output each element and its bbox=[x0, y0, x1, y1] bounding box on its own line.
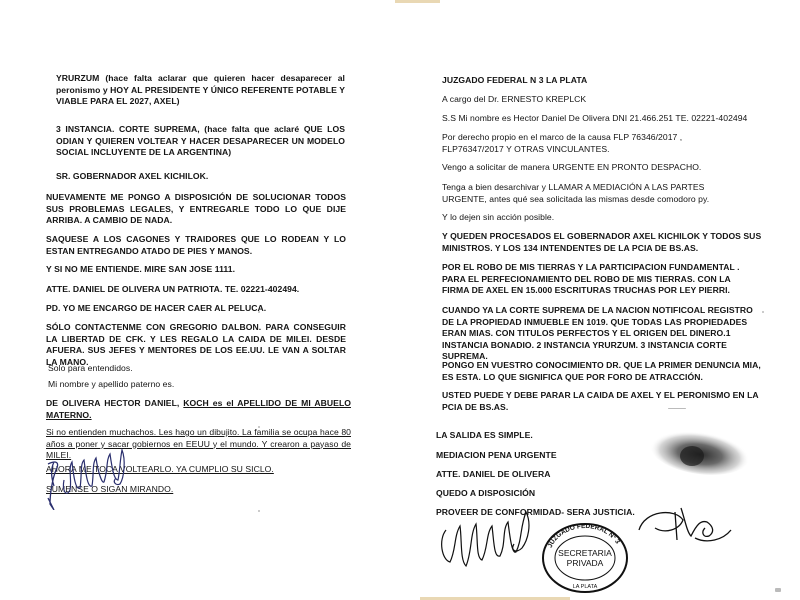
paragraph: Y lo dejen sin acción posible. bbox=[442, 212, 762, 224]
paragraph: SAQUESE A LOS CAGONES Y TRAIDORES QUE LO… bbox=[46, 234, 346, 257]
scan-artifact bbox=[668, 408, 686, 409]
postscript: PD. YO ME ENCARGO DE HACER CAER AL PELUC… bbox=[46, 303, 346, 315]
paragraph: Vengo a solicitar de manera URGENTE EN P… bbox=[442, 162, 762, 174]
identity-line: S.S Mi nombre es Hector Daniel De Oliver… bbox=[442, 113, 772, 125]
paragraph: POR EL ROBO DE MIS TIERRAS Y LA PARTICIP… bbox=[442, 262, 757, 297]
court-seal-stamp: JUZGADO FEDERAL Nº 3 SECRETARIA PRIVADA … bbox=[540, 520, 630, 595]
text: DE OLIVERA HECTOR DANIEL, bbox=[46, 398, 183, 408]
paragraph: CUANDO YA LA CORTE SUPREMA DE LA NACION … bbox=[442, 305, 757, 363]
signature-line: ATTE. DANIEL DE OLIVERA UN PATRIOTA. TE.… bbox=[46, 284, 346, 296]
scan-artifact bbox=[258, 510, 260, 512]
paragraph: Y QUEDEN PROCESADOS EL GOBERNADOR AXEL K… bbox=[442, 231, 767, 254]
paragraph: Tenga a bien desarchivar y LLAMAR A MEDI… bbox=[442, 182, 712, 205]
official-signature-icon bbox=[635, 500, 735, 550]
scan-artifact bbox=[258, 311, 260, 313]
right-page: JUZGADO FEDERAL N 3 LA PLATA A cargo del… bbox=[400, 0, 800, 600]
handwritten-signature-icon bbox=[46, 440, 136, 510]
text: 3 INSTANCIA. CORTE SUPREMA, (hace falta … bbox=[56, 124, 345, 157]
scan-artifact bbox=[775, 588, 781, 592]
paragraph: 3 INSTANCIA. CORTE SUPREMA, (hace falta … bbox=[56, 124, 345, 159]
paragraph: PONGO EN VUESTRO CONOCIMIENTO DR. QUE LA… bbox=[442, 360, 762, 383]
left-page: YRURZUM (hace falta aclarar que quieren … bbox=[0, 0, 400, 600]
scan-artifact bbox=[258, 426, 260, 428]
paragraph: Y SI NO ME ENTIENDE. MIRE SAN JOSE 1111. bbox=[46, 264, 346, 276]
addressee: SR. GOBERNADOR AXEL KICHILOK. bbox=[56, 171, 345, 183]
seal-line-2: PRIVADA bbox=[567, 558, 604, 568]
court-heading: JUZGADO FEDERAL N 3 LA PLATA bbox=[442, 75, 762, 87]
handwritten-signature-icon bbox=[436, 500, 546, 580]
paragraph: YRURZUM (hace falta aclarar que quieren … bbox=[56, 73, 345, 108]
text: YRURZUM (hace falta aclarar que quieren … bbox=[56, 73, 345, 106]
judge-line: A cargo del Dr. ERNESTO KREPLCK bbox=[442, 94, 762, 106]
scan-artifact bbox=[258, 470, 260, 472]
scan-artifact bbox=[762, 311, 764, 313]
seal-bottom-text: LA PLATA bbox=[573, 584, 598, 590]
paragraph: NUEVAMENTE ME PONGO A DISPOSICIÓN DE SOL… bbox=[46, 192, 346, 227]
paragraph: Mi nombre y apellido paterno es. bbox=[48, 379, 348, 391]
paragraph: SÓLO CONTACTENME CON GREGORIO DALBON. PA… bbox=[46, 322, 346, 368]
paragraph: Por derecho propio en el marco de la cau… bbox=[442, 132, 742, 155]
paragraph: Solo para entendidos. bbox=[48, 363, 348, 375]
paragraph: DE OLIVERA HECTOR DANIEL, KOCH es el APE… bbox=[46, 398, 351, 421]
paragraph: QUEDO A DISPOSICIÓN bbox=[436, 488, 736, 500]
seal-line-1: SECRETARIA bbox=[558, 548, 612, 558]
paragraph: USTED PUEDE Y DEBE PARAR LA CAIDA DE AXE… bbox=[442, 390, 762, 413]
fingerprint-icon bbox=[640, 420, 750, 480]
